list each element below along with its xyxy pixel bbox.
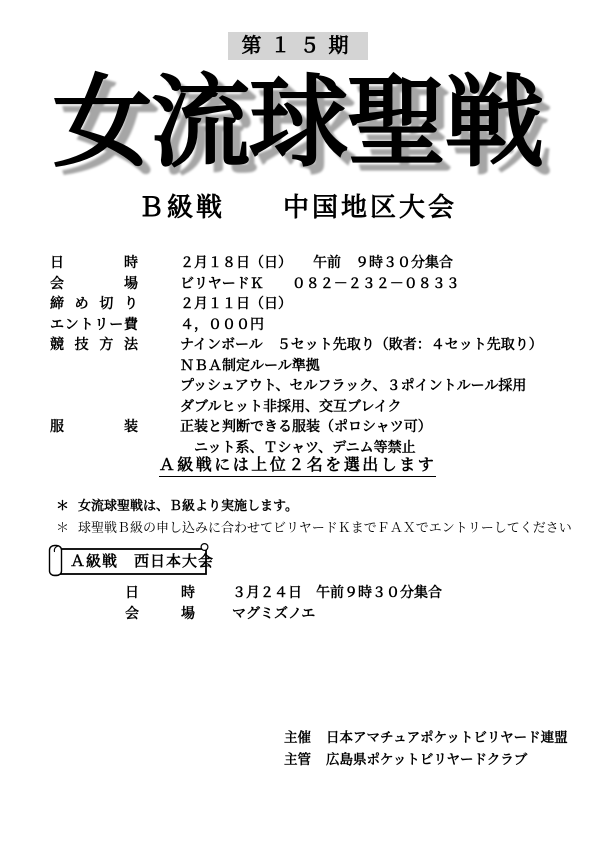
a-section-banner-label: Ａ級戦 西日本大会 bbox=[70, 550, 214, 571]
main-title: 女流球聖戦 bbox=[0, 62, 595, 182]
detail-row-deadline: 締め切り ２月１１日（日） bbox=[50, 293, 595, 314]
a-section-details: 日時 ３月２４日 午前９時３０分集合 会場 マグミズノエ bbox=[125, 582, 595, 623]
dress-line: 正装と判断できる服装（ポロシャツ可） bbox=[180, 416, 432, 437]
promotion-note-wrap: Ａ級戦には上位２名を選出します bbox=[0, 457, 595, 477]
detail-row-date: 日時 ３月２４日 午前９時３０分集合 bbox=[125, 582, 595, 603]
dress-line: ニット系、Ｔシャツ、デニム等禁止 bbox=[180, 437, 432, 458]
detail-row-venue: 会場 ビリヤードＫ ０８２－２３２－０８３３ bbox=[50, 273, 595, 294]
edition-banner-wrap: 第１５期 bbox=[0, 32, 595, 60]
detail-label: 日時 bbox=[50, 252, 138, 273]
organizer-name: 日本アマチュアポケットビリヤード連盟 bbox=[326, 727, 568, 749]
flyer-page: 第１５期 女流球聖戦 Ｂ級戦 中国地区大会 日時 ２月１８日（日） 午前 ９時３… bbox=[0, 0, 595, 842]
detail-label: 日時 bbox=[125, 582, 195, 603]
detail-label: 服装 bbox=[50, 416, 138, 437]
a-section-scroll-banner: Ａ級戦 西日本大会 bbox=[46, 542, 214, 578]
detail-label: 会場 bbox=[50, 273, 138, 294]
footnote: ＊ 女流球聖戦は、Ｂ級より実施します。 bbox=[56, 495, 595, 517]
detail-value: ビリヤードＫ ０８２－２３２－０８３３ bbox=[180, 273, 460, 294]
rule-line: プッシュアウト、セルフラック、３ポイントルール採用 bbox=[180, 375, 543, 396]
edition-banner: 第１５期 bbox=[228, 32, 368, 60]
b-section-details: 日時 ２月１８日（日） 午前 ９時３０分集合 会場 ビリヤードＫ ０８２－２３２… bbox=[50, 252, 595, 457]
detail-value: ３月２４日 午前９時３０分集合 bbox=[232, 582, 442, 603]
organizer-row: 主催 日本アマチュアポケットビリヤード連盟 bbox=[284, 727, 595, 749]
detail-row-venue: 会場 マグミズノエ bbox=[125, 603, 595, 624]
rule-line: ＮＢＡ制定ルール準拠 bbox=[180, 355, 543, 376]
detail-value: ４，０００円 bbox=[180, 314, 264, 335]
footnote-text: 女流球聖戦は、Ｂ級より実施します。 bbox=[78, 495, 298, 517]
asterisk-marker: ＊ bbox=[56, 495, 78, 517]
detail-value: ２月１１日（日） bbox=[180, 293, 292, 314]
asterisk-marker: ＊ bbox=[56, 517, 78, 539]
detail-label: エントリー費 bbox=[50, 314, 138, 335]
footnote-text: 球聖戦Ｂ級の申し込みに合わせてビリヤードＫまでＦＡＸでエントリーしてください bbox=[78, 517, 572, 539]
rule-line: ナインボール ５セット先取り（敗者：４セット先取り） bbox=[180, 334, 543, 355]
detail-value-multiline: 正装と判断できる服装（ポロシャツ可） ニット系、Ｔシャツ、デニム等禁止 bbox=[180, 416, 432, 457]
organizer-block: 主催 日本アマチュアポケットビリヤード連盟 主管 広島県ポケットビリヤードクラブ bbox=[284, 727, 595, 771]
footnote: ＊ 球聖戦Ｂ級の申し込みに合わせてビリヤードＫまでＦＡＸでエントリーしてください bbox=[56, 517, 595, 539]
organizer-name: 広島県ポケットビリヤードクラブ bbox=[326, 749, 527, 771]
detail-value: ２月１８日（日） 午前 ９時３０分集合 bbox=[180, 252, 453, 273]
detail-row-date: 日時 ２月１８日（日） 午前 ９時３０分集合 bbox=[50, 252, 595, 273]
detail-value: マグミズノエ bbox=[232, 603, 315, 624]
organizer-row: 主管 広島県ポケットビリヤードクラブ bbox=[284, 749, 595, 771]
footnotes: ＊ 女流球聖戦は、Ｂ級より実施します。 ＊ 球聖戦Ｂ級の申し込みに合わせてビリヤ… bbox=[56, 495, 595, 538]
detail-value-multiline: ナインボール ５セット先取り（敗者：４セット先取り） ＮＢＡ制定ルール準拠 プッ… bbox=[180, 334, 543, 416]
organizer-role: 主管 bbox=[284, 749, 326, 771]
detail-row-entry-fee: エントリー費 ４，０００円 bbox=[50, 314, 595, 335]
subtitle: Ｂ級戦 中国地区大会 bbox=[0, 192, 595, 222]
promotion-note: Ａ級戦には上位２名を選出します bbox=[159, 457, 437, 477]
detail-label: 会場 bbox=[125, 603, 195, 624]
detail-row-rules: 競技方法 ナインボール ５セット先取り（敗者：４セット先取り） ＮＢＡ制定ルール… bbox=[50, 334, 595, 416]
organizer-role: 主催 bbox=[284, 727, 326, 749]
rule-line: ダブルヒット非採用、交互ブレイク bbox=[180, 396, 543, 417]
detail-label: 競技方法 bbox=[50, 334, 138, 355]
detail-row-dress-code: 服装 正装と判断できる服装（ポロシャツ可） ニット系、Ｔシャツ、デニム等禁止 bbox=[50, 416, 595, 457]
detail-label: 締め切り bbox=[50, 293, 138, 314]
